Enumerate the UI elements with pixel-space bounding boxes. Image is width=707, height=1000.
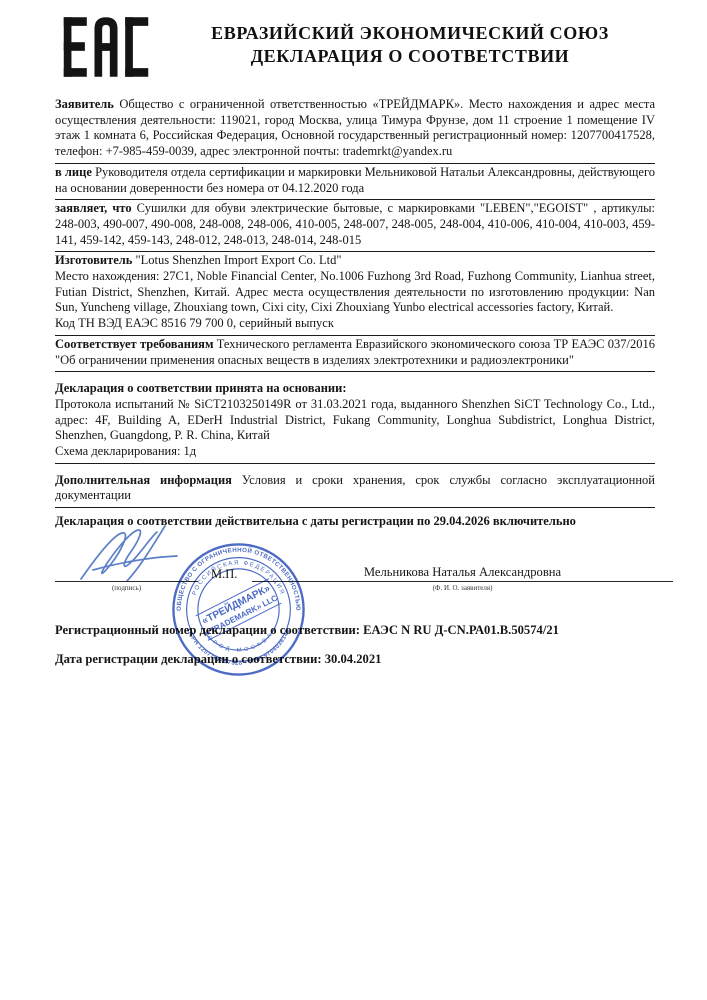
document-title-line2: ДЕКЛАРАЦИЯ О СООТВЕТСТВИИ (168, 45, 652, 68)
eac-logo-icon (58, 12, 154, 82)
manufacturer-address: Место нахождения: 27C1, Noble Financial … (55, 269, 655, 316)
declares-text: Сушилки для обуви электрические бытовые,… (55, 201, 655, 246)
section-additional: Дополнительная информация Условия и срок… (55, 472, 655, 508)
document-body: Заявитель Общество с ограниченной ответс… (55, 96, 655, 681)
svg-text:ОГРН 1207700417528 * ИНН 970: ОГРН 1207700417528 * ИНН 9704036149 (185, 628, 292, 667)
applicant-label: Заявитель (55, 97, 119, 111)
additional-label: Дополнительная информация (55, 473, 242, 487)
registration-date-value: 30.04.2021 (325, 652, 382, 666)
complies-label: Соответствует требованиям (55, 337, 217, 351)
registration-number-row: Регистрационный номер декларации о соотв… (55, 623, 655, 638)
signer-name-caption: (Ф. И. О. заявителя) (252, 584, 673, 592)
declares-label: заявляет, что (55, 201, 137, 215)
document-title: ЕВРАЗИЙСКИЙ ЭКОНОМИЧЕСКИЙ СОЮЗ ДЕКЛАРАЦИ… (168, 22, 652, 68)
person-label: в лице (55, 165, 95, 179)
signer-name-line (252, 581, 673, 582)
manufacturer-code: Код ТН ВЭД ЕАЭС 8516 79 700 0, серийный … (55, 316, 655, 332)
registration-date-row: Дата регистрации декларации о соответств… (55, 652, 655, 667)
manufacturer-label: Изготовитель (55, 253, 136, 267)
section-basis: Декларация о соответствии принята на осн… (55, 380, 655, 464)
company-round-stamp-icon: ОБЩЕСТВО С ОГРАНИЧЕННОЙ ОТВЕТСТВЕННОСТЬЮ… (170, 541, 307, 678)
registration-number-value: ЕАЭС N RU Д-CN.РА01.В.50574/21 (363, 623, 559, 637)
stamp-outer-bottom-text: ОГРН 1207700417528 * ИНН 9704036149 (185, 628, 292, 667)
basis-scheme: Схема декларирования: 1д (55, 444, 655, 460)
declaration-document: ЕВРАЗИЙСКИЙ ЭКОНОМИЧЕСКИЙ СОЮЗ ДЕКЛАРАЦИ… (0, 0, 707, 1000)
section-declares: заявляет, что Сушилки для обуви электрич… (55, 200, 655, 252)
section-person: в лице Руководителя отдела сертификации … (55, 164, 655, 200)
section-manufacturer: Изготовитель "Lotus Shenzhen Import Expo… (55, 252, 655, 336)
section-complies: Соответствует требованиям Технического р… (55, 336, 655, 372)
section-applicant: Заявитель Общество с ограниченной ответс… (55, 96, 655, 164)
signer-name: Мельникова Наталья Александровна (252, 565, 673, 580)
document-title-line1: ЕВРАЗИЙСКИЙ ЭКОНОМИЧЕСКИЙ СОЮЗ (168, 22, 652, 45)
signature-block: (подпись) М.П. Мельникова Наталья Алекса… (55, 539, 655, 595)
applicant-text: Общество с ограниченной ответственностью… (55, 97, 655, 158)
registration-block: Регистрационный номер декларации о соотв… (55, 623, 655, 667)
manufacturer-name: "Lotus Shenzhen Import Export Co. Ltd" (136, 253, 342, 267)
person-text: Руководителя отдела сертификации и марки… (55, 165, 655, 195)
basis-label: Декларация о соответствии принята на осн… (55, 381, 347, 395)
basis-text: Протокола испытаний № SiCT2103250149R от… (55, 397, 655, 444)
